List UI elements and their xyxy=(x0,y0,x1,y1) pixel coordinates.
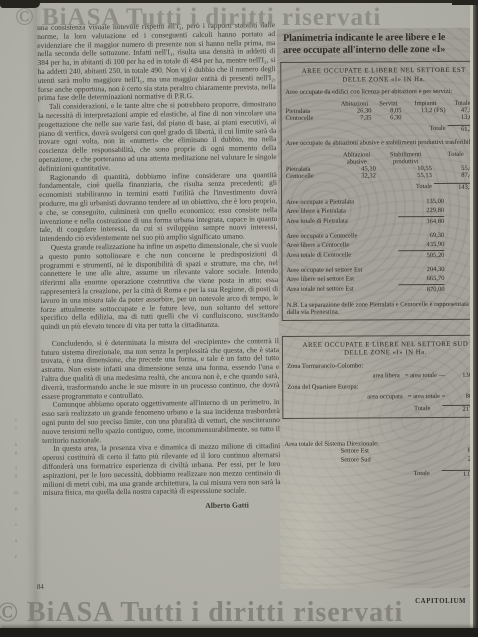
sistema-direzionale-block: Area totale del Sistema Direzionale: Set… xyxy=(285,439,478,479)
summary-value: 229,80 xyxy=(398,206,444,216)
page-edge-right xyxy=(473,0,478,637)
scan-top-edge xyxy=(0,0,478,3)
summary-row: Area totale di Pietralata 364,80 xyxy=(286,216,478,228)
summary-value: 69,30 xyxy=(398,231,444,241)
box-sud-title-line2: DELLE ZONE «I» IN Ha. xyxy=(287,349,478,359)
table-header: Impianti xyxy=(403,98,447,107)
scan-top-left-blob xyxy=(0,0,40,8)
zona-line: area libera = area totale — 136,20 xyxy=(287,371,478,380)
summary-value: 870,00 xyxy=(399,284,445,295)
article-paragraph: Concludendo, si è determinata la misura … xyxy=(41,337,280,401)
box-est-title-line2: DELLE ZONE «I» IN Ha. xyxy=(285,75,478,85)
zona-eq: = area totale = xyxy=(408,393,446,401)
scan-top-right-blob xyxy=(452,0,478,5)
table-header: Stabilimenti produttivi xyxy=(378,149,434,165)
summary-value: 204,30 xyxy=(398,265,444,275)
article-paragraph: In questa area, la presenza viva e dinam… xyxy=(42,443,281,499)
summary-label: Area totale di Pietralata xyxy=(286,216,398,227)
summary-label: Area totale di Centocelle xyxy=(286,250,398,261)
article-paragraph: Questa grande realizzazione ha infine un… xyxy=(40,241,279,332)
summary-list: Aree occupate a Pietralata 135,00 Aree l… xyxy=(286,197,478,295)
box-settore-sud: AREE OCCUPATE E LIBERE NEL SETTORE SUD D… xyxy=(282,335,478,419)
zona-item: area occupata xyxy=(367,393,403,401)
table-header: Servizi xyxy=(373,98,403,107)
spacer xyxy=(286,183,336,192)
zona-item: area libera xyxy=(373,372,400,380)
watermark-bottom: © BiASA Tutti i diritti riservati xyxy=(0,597,403,629)
zona-eq: = area totale — xyxy=(405,372,445,380)
summary-row: Area totale di Centocelle 505,20 xyxy=(286,249,478,261)
panel-caption: Planimetria indicante le aree libere e l… xyxy=(277,28,478,58)
summary-value: 135,00 xyxy=(398,197,444,207)
zona-label: Zona del Quartiere Europa: xyxy=(287,383,478,392)
planimetria-panel: Planimetria indicante le aree libere e l… xyxy=(277,28,478,589)
box-est-title: AREE OCCUPATE E LIBERE NEL SETTORE EST D… xyxy=(285,67,478,85)
sistema-total: Totale 1.087,00 xyxy=(285,470,478,480)
table-cell: 8,05 xyxy=(373,107,403,115)
table-aree-edifici: Abitazioni Servizi Impianti Totale Pietr… xyxy=(285,97,478,134)
spacer xyxy=(336,125,374,134)
box-est-title-line1: AREE OCCUPATE E LIBERE NEL SETTORE EST xyxy=(285,67,478,77)
panel-caption-line2: aree occupate all'interno delle zone «I» xyxy=(283,43,478,56)
author-signature: Alberto Gatti xyxy=(43,501,281,513)
article-paragraph: una consistenza visuale notevole rispett… xyxy=(37,21,276,103)
summary-value: 665,70 xyxy=(399,274,445,284)
table-header xyxy=(286,149,336,165)
table-total-label: Totale xyxy=(404,125,448,134)
table-header: Abitazioni abusive xyxy=(336,149,378,165)
spacer xyxy=(286,125,336,134)
table1-intro: Aree occupate da edifici con licenza per… xyxy=(285,88,477,97)
page-number: 84 xyxy=(37,584,44,591)
article-paragraph: Comunque abbiamo operato oggettivamente … xyxy=(42,399,281,446)
sistema-row: Settore Sud 217,00 xyxy=(285,455,478,465)
scanned-page: vi ng 10 m p s u e © BiASA Tutti i dirit… xyxy=(0,0,478,637)
table-header xyxy=(285,98,335,107)
article-paragraph: Ragionando di quantità, dobbiamo infine … xyxy=(39,171,278,244)
zona-label: Zona Tormarancio-Colombo: xyxy=(287,362,478,371)
sistema-label: Settore Sud xyxy=(341,456,371,465)
box-settore-est: AREE OCCUPATE E LIBERE NEL SETTORE EST D… xyxy=(280,61,478,321)
journal-name: CAPITOLIUM xyxy=(415,598,466,605)
note-text: N.B. La separazione delle zone Pietralat… xyxy=(287,301,478,317)
box-sud-title: AREE OCCUPATE E LIBERE NEL SETTORE SUD D… xyxy=(287,341,478,359)
margin-bleed-text: vi ng 10 m p s u e xyxy=(13,418,19,562)
total-label: Totale xyxy=(414,405,430,414)
article-column: una consistenza visuale notevole rispett… xyxy=(37,21,281,513)
sistema-label: Settore Est xyxy=(341,447,369,456)
summary-value: 505,20 xyxy=(398,250,444,261)
table-aree-abusive: Abitazioni abusive Stabilimenti produtti… xyxy=(286,148,478,192)
scan-bottom-band xyxy=(0,628,478,637)
article-paragraph: Tali considerazioni, e le tante altre ch… xyxy=(38,100,277,173)
table2-intro: Aree occupate da abitazioni abusive e st… xyxy=(286,139,478,148)
spacer xyxy=(374,125,404,134)
table-header: Abitazioni xyxy=(335,98,373,107)
summary-value: 364,80 xyxy=(398,216,444,227)
summary-label: Area totale nel settore Est xyxy=(287,284,399,295)
spacer xyxy=(336,183,378,192)
summary-row: Area totale nel settore Est 870,00 xyxy=(287,283,478,295)
zona-line: area occupata = area totale = 80,80 xyxy=(287,392,478,401)
total-label: Totale xyxy=(414,470,430,479)
box-sud-total: Totale 217,00 xyxy=(287,405,478,415)
table-total-label: Totale xyxy=(378,183,434,192)
summary-value: 435,90 xyxy=(398,240,444,250)
